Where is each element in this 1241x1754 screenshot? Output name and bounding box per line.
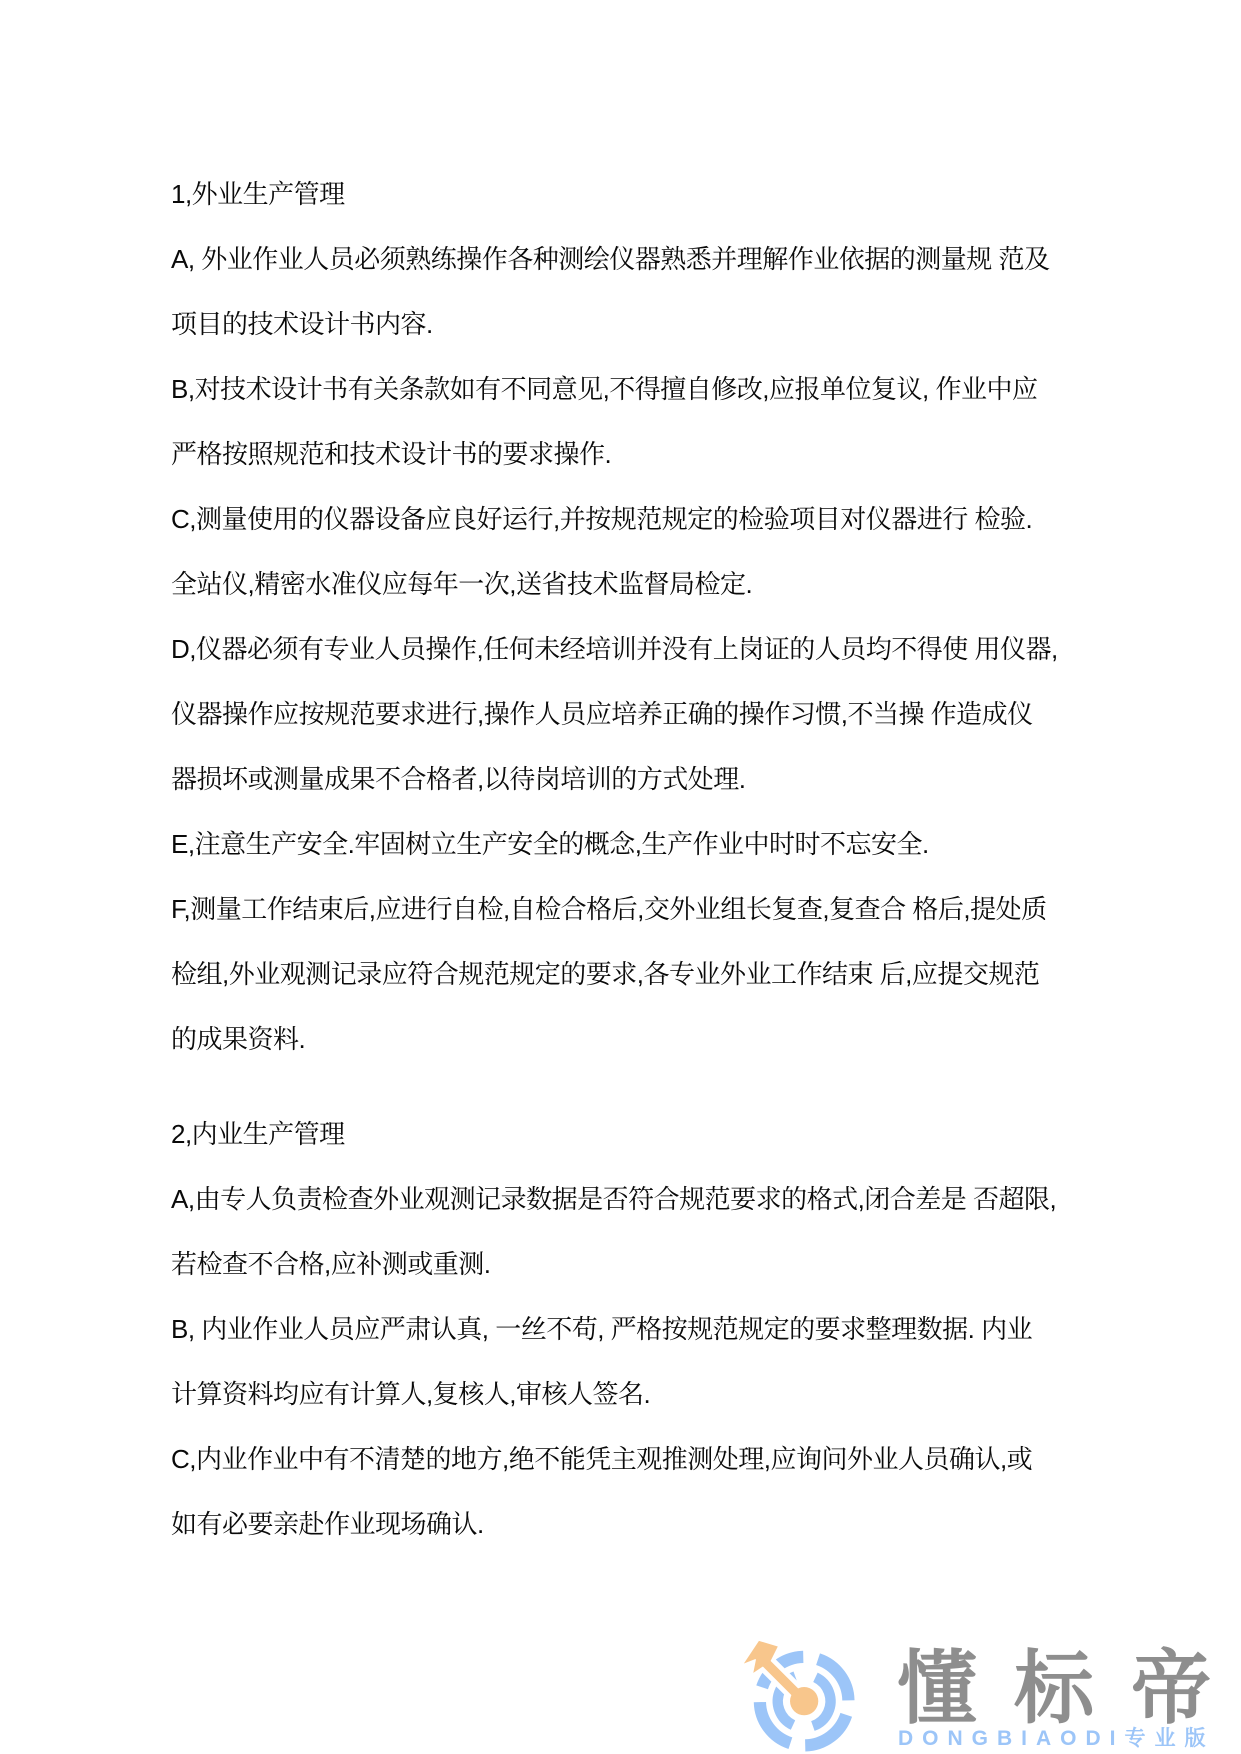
doc-line: 计算资料均应有计算人,复核人,审核人签名. (171, 1362, 1071, 1427)
target-dart-icon (742, 1637, 855, 1754)
section-spacer (171, 1072, 1071, 1102)
brand-title: 懂标帝 (897, 1649, 1241, 1729)
doc-line: B, 内业作业人员应严肃认真, 一丝不苟, 严格按规范规定的要求整理数据. 内业 (171, 1297, 1071, 1362)
doc-line: C,测量使用的仪器设备应良好运行,并按规范规定的检验项目对仪器进行 检验. (171, 487, 1071, 552)
brand-subtitle: DONGBIAODI专业版 (898, 1727, 1215, 1751)
doc-line: A,由专人负责检查外业观测记录数据是否符合规范要求的格式,闭合差是 否超限, (171, 1167, 1071, 1232)
doc-line: 的成果资料. (171, 1007, 1071, 1072)
section-field-production: 1,外业生产管理 A, 外业作业人员必须熟练操作各种测绘仪器熟悉并理解作业依据的… (171, 162, 1071, 1072)
doc-line: 如有必要亲赴作业现场确认. (171, 1492, 1071, 1557)
doc-line: 仪器操作应按规范要求进行,操作人员应培养正确的操作习惯,不当操 作造成仪 (171, 682, 1071, 747)
doc-line: C,内业作业中有不清楚的地方,绝不能凭主观推测处理,应询问外业人员确认,或 (171, 1427, 1071, 1492)
brand-latin: DONGBIAODI (898, 1727, 1125, 1750)
section-1-heading: 1,外业生产管理 (171, 162, 1071, 227)
doc-line: F,测量工作结束后,应进行自检,自检合格后,交外业组长复查,复查合 格后,提处质 (171, 877, 1071, 942)
brand-edition: 专业版 (1125, 1727, 1215, 1750)
document-page: 1,外业生产管理 A, 外业作业人员必须熟练操作各种测绘仪器熟悉并理解作业依据的… (0, 0, 1241, 1754)
doc-line: 检组,外业观测记录应符合规范规定的要求,各专业外业工作结束 后,应提交规范 (171, 942, 1071, 1007)
section-office-production: 2,内业生产管理 A,由专人负责检查外业观测记录数据是否符合规范要求的格式,闭合… (171, 1102, 1071, 1557)
target-bull (790, 1687, 818, 1715)
doc-line: 器损坏或测量成果不合格者,以待岗培训的方式处理. (171, 747, 1071, 812)
doc-line: 项目的技术设计书内容. (171, 292, 1071, 357)
doc-line: 严格按照规范和技术设计书的要求操作. (171, 422, 1071, 487)
doc-line: A, 外业作业人员必须熟练操作各种测绘仪器熟悉并理解作业依据的测量规 范及 (171, 227, 1071, 292)
doc-line: D,仪器必须有专业人员操作,任何未经培训并没有上岗证的人员均不得使 用仪器, (171, 617, 1071, 682)
doc-line: 全站仪,精密水准仪应每年一次,送省技术监督局检定. (171, 552, 1071, 617)
section-2-heading: 2,内业生产管理 (171, 1102, 1071, 1167)
document-body: 1,外业生产管理 A, 外业作业人员必须熟练操作各种测绘仪器熟悉并理解作业依据的… (171, 162, 1071, 1557)
doc-line: B,对技术设计书有关条款如有不同意见,不得擅自修改,应报单位复议, 作业中应 (171, 357, 1071, 422)
doc-line: E,注意生产安全.牢固树立生产安全的概念,生产作业中时时不忘安全. (171, 812, 1071, 877)
doc-line: 若检查不合格,应补测或重测. (171, 1232, 1071, 1297)
